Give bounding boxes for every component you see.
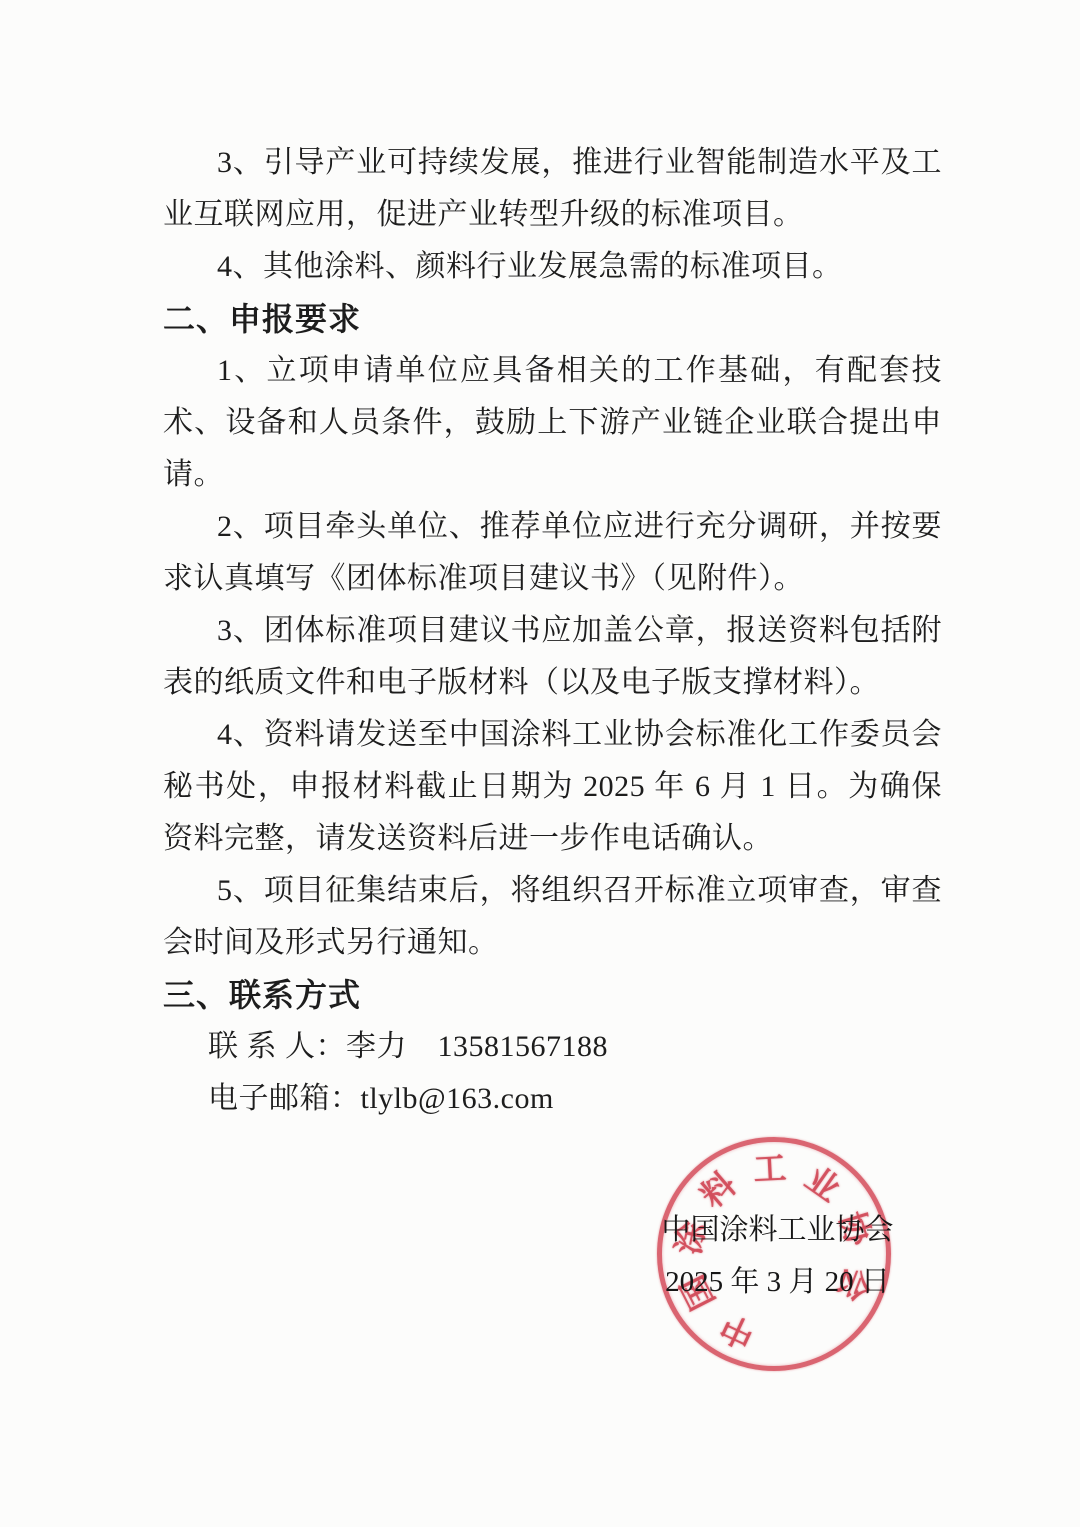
section-heading-3: 三、联系方式 [163,969,942,1021]
signature-date: 2025 年 3 月 20 日 [635,1256,920,1308]
contact-person-line: 联 系 人：李力 13581567188 [163,1021,942,1073]
section-heading-2: 二、申报要求 [163,293,942,345]
seal-character: 工 [751,1151,789,1189]
paragraph-item-4: 4、其他涂料、颜料行业发展急需的标准项目。 [163,241,942,293]
requirement-2: 2、项目牵头单位、推荐单位应进行充分调研，并按要求认真填写《团体标准项目建议书》… [163,501,942,605]
signature-organization: 中国涂料工业协会 [635,1204,920,1256]
contact-email-line: 电子邮箱：tlylb@163.com [163,1073,942,1125]
signature-block: 中国涂料工业协会 2025 年 3 月 20 日 [635,1204,920,1308]
seal-character: 业 [797,1160,847,1210]
requirement-3: 3、团体标准项目建议书应加盖公章，报送资料包括附表的纸质文件和电子版材料（以及电… [163,605,942,709]
requirement-1: 1、立项申请单位应具备相关的工作基础，有配套技术、设备和人员条件，鼓励上下游产业… [163,345,942,501]
document-page: 3、引导产业可持续发展，推进行业智能制造水平及工业互联网应用，促进产业转型升级的… [0,0,1080,1527]
seal-character: 中 [714,1306,762,1354]
paragraph-item-3: 3、引导产业可持续发展，推进行业智能制造水平及工业互联网应用，促进产业转型升级的… [163,137,942,241]
document-body: 3、引导产业可持续发展，推进行业智能制造水平及工业互联网应用，促进产业转型升级的… [163,137,942,1125]
requirement-4: 4、资料请发送至中国涂料工业协会标准化工作委员会秘书处，申报材料截止日期为 20… [163,709,942,865]
requirement-5: 5、项目征集结束后，将组织召开标准立项审查，审查会时间及形式另行通知。 [163,865,942,969]
